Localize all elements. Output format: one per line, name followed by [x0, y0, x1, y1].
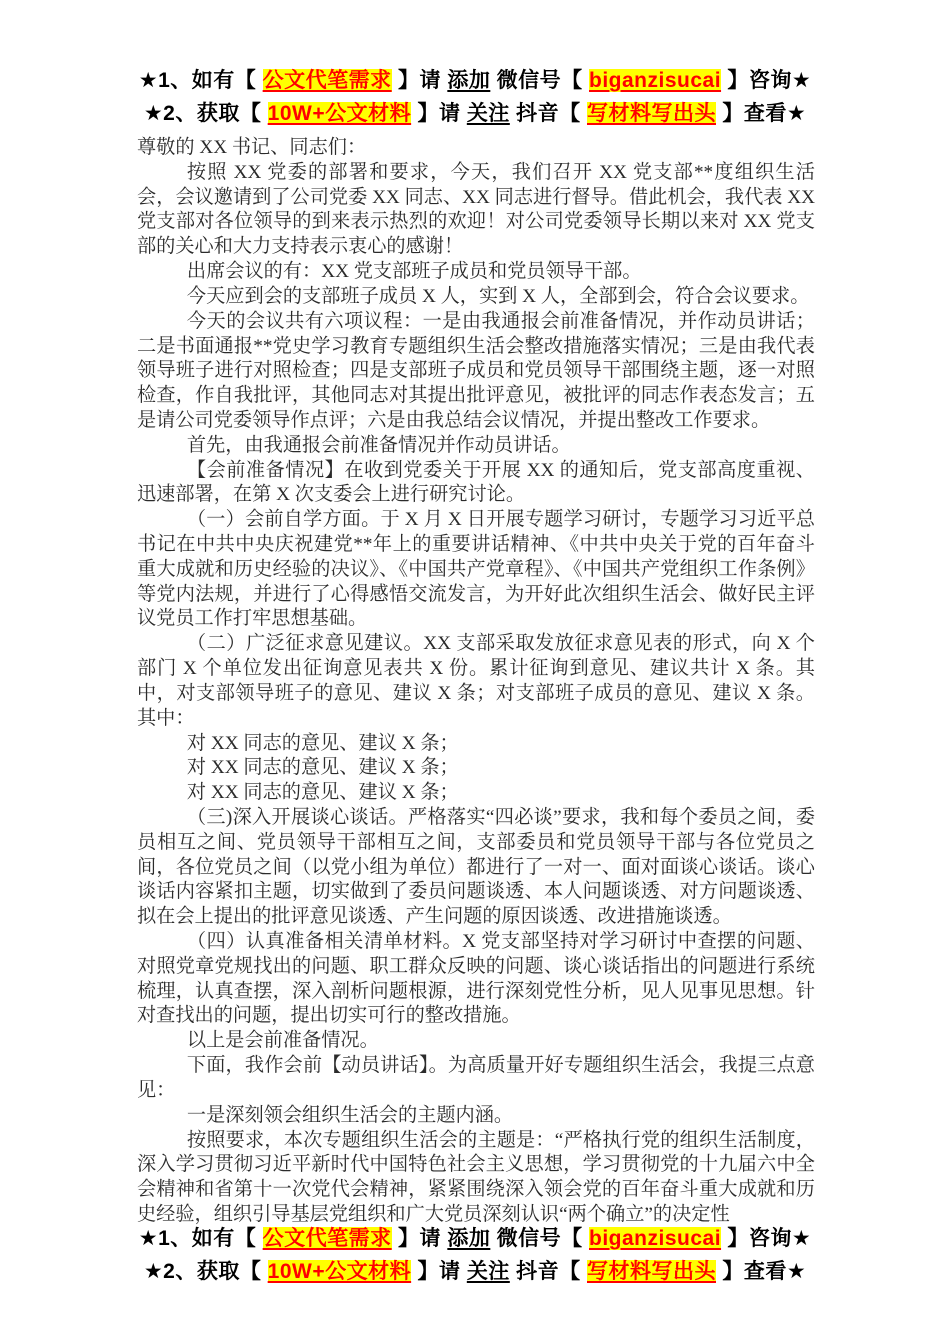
- paragraph: 首先，由我通报会前准备情况并作动员讲话。: [137, 434, 815, 459]
- promo-segment: 抖音【: [516, 1260, 581, 1283]
- promo-segment: 10W+公文材料: [268, 102, 411, 125]
- paragraph: （二）广泛征求意见建议。XX 支部采取发放征求意见表的形式，向 X 个部门 X …: [137, 632, 815, 731]
- paragraph: 【会前准备情况】在收到党委关于开展 XX 的通知后，党支部高度重视、迅速部署，在…: [137, 459, 815, 509]
- paragraph: 以上是会前准备情况。: [137, 1029, 815, 1054]
- promo-segment: 关注: [467, 1260, 510, 1283]
- paragraph: （四）认真准备相关清单材料。X 党支部坚持对学习研讨中查摆的问题、对照党章党规找…: [137, 930, 815, 1029]
- paragraph: 下面，我作会前【动员讲话】。为高质量开好专题组织生活会，我提三点意见：: [137, 1054, 815, 1104]
- promo-segment: 关注: [467, 102, 510, 125]
- paragraph: 按照要求，本次专题组织生活会的主题是：“严格执行党的组织生活制度，深入学习贯彻习…: [137, 1129, 815, 1228]
- promo-segment: 微信号【: [497, 1227, 583, 1250]
- promo-segment: 10W+公文材料: [268, 1260, 411, 1283]
- promo-line-1: ★1、如有【 公文代笔需求 】请 添加 微信号【 biganzisucai 】咨…: [0, 1222, 950, 1255]
- promo-segment: 写材料写出头: [587, 1260, 716, 1283]
- promo-footer: ★1、如有【 公文代笔需求 】请 添加 微信号【 biganzisucai 】咨…: [0, 1222, 950, 1288]
- promo-segment: 】咨询★: [727, 69, 811, 92]
- paragraph: 对 XX 同志的意见、建议 X 条；: [137, 732, 815, 757]
- paragraph: 一是深刻领会组织生活会的主题内涵。: [137, 1104, 815, 1129]
- paragraph: 出席会议的有：XX 党支部班子成员和党员领导干部。: [137, 260, 815, 285]
- promo-segment: 添加: [447, 69, 490, 92]
- paragraph: （三)深入开展谈心谈话。严格落实“四必谈”要求，我和每个委员之间，委员相互之间、…: [137, 806, 815, 930]
- promo-segment: 公文代笔需求: [263, 69, 392, 92]
- promo-segment: 写材料写出头: [587, 102, 716, 125]
- promo-line-1: ★1、如有【 公文代笔需求 】请 添加 微信号【 biganzisucai 】咨…: [0, 64, 950, 97]
- promo-segment: 】请: [417, 1260, 460, 1283]
- paragraph: 今天的会议共有六项议程：一是由我通报会前准备情况，并作动员讲话；二是书面通报**…: [137, 310, 815, 434]
- promo-segment: 】查看★: [722, 1260, 806, 1283]
- promo-segment: 抖音【: [516, 102, 581, 125]
- document-page: ★1、如有【 公文代笔需求 】请 添加 微信号【 biganzisucai 】咨…: [0, 0, 950, 1344]
- promo-segment: ★1、如有【: [139, 1227, 257, 1250]
- promo-line-2: ★2、获取【 10W+公文材料 】请 关注 抖音【 写材料写出头 】查看★: [0, 97, 950, 130]
- promo-segment: biganzisucai: [589, 69, 721, 92]
- promo-segment: 添加: [447, 1227, 490, 1250]
- document-body[interactable]: 尊敬的 XX 书记、同志们： 按照 XX 党委的部署和要求，今天，我们召开 XX…: [137, 136, 815, 1228]
- promo-segment: 公文代笔需求: [263, 1227, 392, 1250]
- promo-header: ★1、如有【 公文代笔需求 】请 添加 微信号【 biganzisucai 】咨…: [0, 0, 950, 130]
- promo-segment: ★2、获取【: [144, 1260, 262, 1283]
- paragraph: 按照 XX 党委的部署和要求，今天，我们召开 XX 党支部**度组织生活会，会议…: [137, 161, 815, 260]
- promo-segment: 】请: [398, 69, 441, 92]
- promo-segment: 】咨询★: [727, 1227, 811, 1250]
- paragraph: 尊敬的 XX 书记、同志们：: [137, 136, 815, 161]
- promo-line-2: ★2、获取【 10W+公文材料 】请 关注 抖音【 写材料写出头 】查看★: [0, 1255, 950, 1288]
- promo-segment: 微信号【: [497, 69, 583, 92]
- promo-segment: 】请: [417, 102, 460, 125]
- promo-segment: ★1、如有【: [139, 69, 257, 92]
- promo-segment: biganzisucai: [589, 1227, 721, 1250]
- paragraph: 对 XX 同志的意见、建议 X 条；: [137, 756, 815, 781]
- promo-segment: ★2、获取【: [144, 102, 262, 125]
- paragraph: 对 XX 同志的意见、建议 X 条；: [137, 781, 815, 806]
- paragraph: 今天应到会的支部班子成员 X 人，实到 X 人，全部到会，符合会议要求。: [137, 285, 815, 310]
- promo-segment: 】查看★: [722, 102, 806, 125]
- promo-segment: 】请: [398, 1227, 441, 1250]
- paragraph: （一）会前自学方面。于 X 月 X 日开展专题学习研讨，专题学习习近平总书记在中…: [137, 508, 815, 632]
